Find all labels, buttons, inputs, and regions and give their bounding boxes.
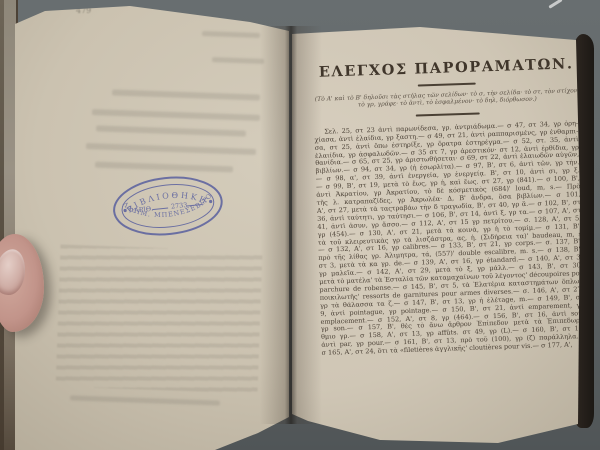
photo-scene: 479 ΒΙΒΛΙΟΘΗΚΗ	[0, 0, 600, 450]
divider-rule	[418, 83, 476, 87]
bleedthrough-page-number: 479	[76, 6, 91, 15]
bleedthrough-text	[212, 57, 264, 64]
divider-rule	[416, 112, 480, 116]
thumb	[0, 234, 44, 332]
page-title: ΕΛΕΓΧΟΣ ΠΑΡΟΡΑΜΑΤΩΝ.	[312, 55, 580, 81]
errata-page-content: ΕΛΕΓΧΟΣ ΠΑΡΟΡΑΜΑΤΩΝ. (Τὸ Α' καὶ τὸ Β' δη…	[312, 55, 590, 358]
errata-body: Σελ. 25, στ 23 ἀντὶ παρωνίδεσα, γρ. ἀντρ…	[314, 120, 585, 358]
bleedthrough-text	[202, 31, 260, 38]
bleedthrough-text	[112, 89, 260, 100]
bleedthrough-text	[92, 109, 260, 121]
stamp-number-value: 2733	[171, 201, 188, 211]
bleedthrough-text	[96, 125, 246, 136]
book-gutter-shadow	[260, 26, 322, 424]
library-stamp: ΒΙΒΛΙΟΘΗΚΗ ΒΛΑΔΙΜ. ΜΠΕΝΕΣΕΒΙΤΟΥ ΑΡΙΘ. 27…	[107, 168, 229, 246]
bleedthrough-text	[86, 143, 256, 155]
background-scratch	[548, 0, 562, 9]
bleedthrough-text-block	[56, 245, 263, 394]
bleedthrough-text	[70, 395, 220, 405]
stamp-oval: ΒΙΒΛΙΟΘΗΚΗ ΒΛΑΔΙΜ. ΜΠΕΝΕΣΕΒΙΤΟΥ ΑΡΙΘ. 27…	[107, 168, 229, 246]
